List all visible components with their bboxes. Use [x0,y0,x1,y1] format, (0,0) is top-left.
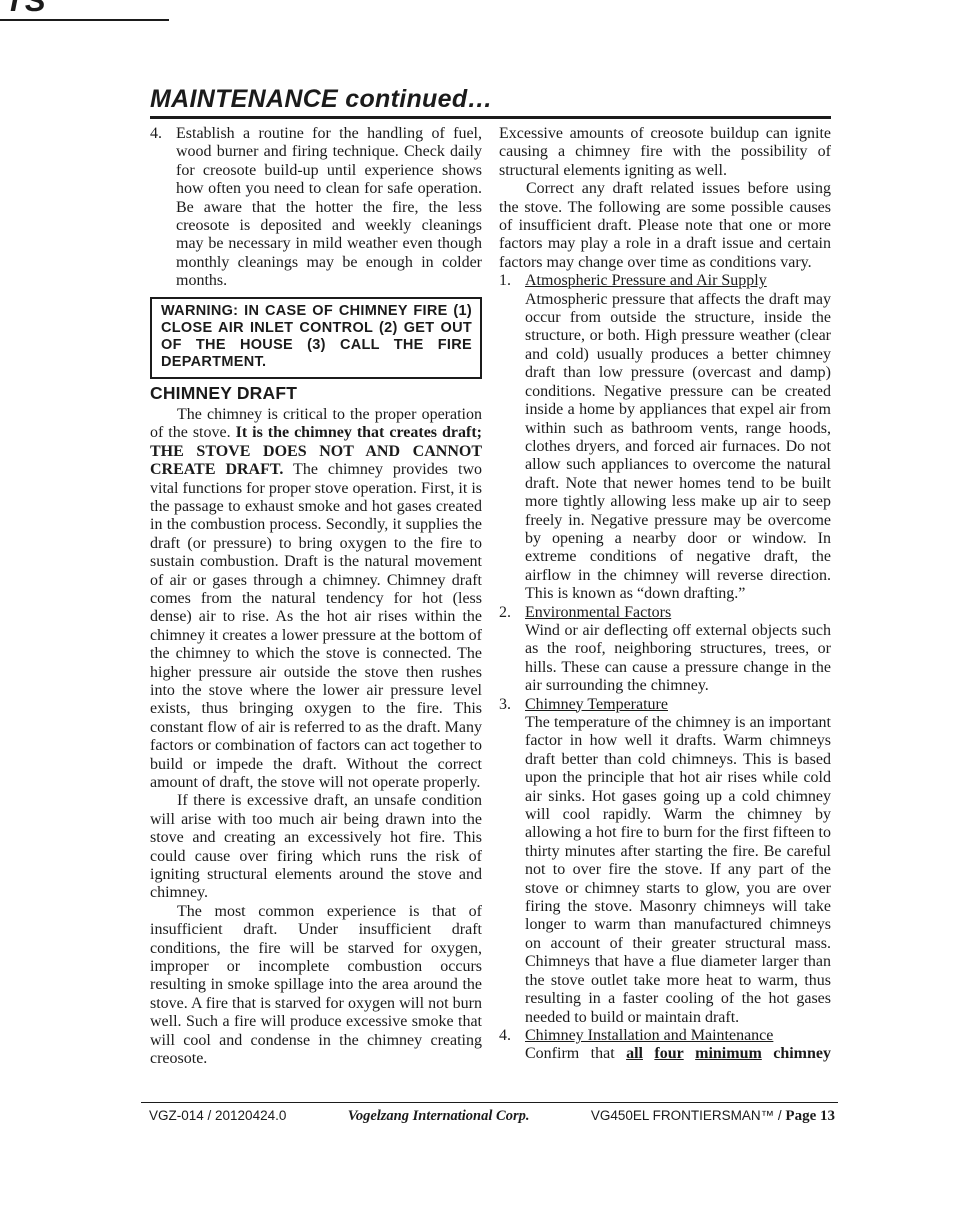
footer-page-number: Page 13 [785,1108,835,1124]
emphasized-word: minimum [695,1045,762,1062]
list-item-text: Atmospheric pressure that affects the dr… [525,291,831,604]
list-number: 2. [499,604,511,622]
list-number: 1. [499,272,511,290]
emphasized-word: four [654,1045,683,1062]
manual-page: TS MAINTENANCE continued… 4. Establish a… [0,0,954,1206]
paragraph-text: Confirm that [525,1045,626,1062]
title-rule [150,116,831,119]
footer-model: VG450EL FRONTIERSMAN™ / [591,1108,786,1123]
footer-model-page: VG450EL FRONTIERSMAN™ / Page 13 [591,1108,835,1125]
footer-doc-number: VGZ-014 / 20120424.0 [149,1108,286,1123]
warning-box: WARNING: IN CASE OF CHIMNEY FIRE (1) CLO… [150,297,482,380]
list-item-text: The temperature of the chimney is an imp… [525,714,831,1027]
list-item-4-chimney-installation: 4. Chimney Installation and Maintenance … [499,1027,831,1064]
list-item-2-environmental-factors: 2. Environmental Factors Wind or air def… [499,604,831,696]
section-heading-chimney-draft: CHIMNEY DRAFT [150,384,482,402]
paragraph-insufficient-draft: The most common experience is that of in… [150,903,482,1069]
paragraph-creosote-buildup: Excessive amounts of creosote buildup ca… [499,125,831,180]
list-number: 3. [499,696,511,714]
list-item-text: Wind or air deflecting off external obje… [525,622,831,696]
page-content: MAINTENANCE continued… 4. Establish a ro… [150,85,831,1069]
paragraph-chimney-function: The chimney is critical to the proper op… [150,406,482,793]
corner-rule [0,19,169,21]
list-item-1-atmospheric-pressure: 1. Atmospheric Pressure and Air Supply A… [499,272,831,603]
footer-company-name: Vogelzang International Corp. [348,1108,530,1125]
list-number: 4. [499,1027,511,1045]
right-column: Excessive amounts of creosote buildup ca… [499,125,831,1069]
two-column-layout: 4. Establish a routine for the handling … [150,125,831,1069]
paragraph-correct-draft-issues: Correct any draft related issues before … [499,180,831,272]
paragraph-text: The chimney provides two vital functions… [150,461,482,791]
page-footer: VGZ-014 / 20120424.0 Vogelzang Internati… [141,1102,838,1125]
page-title: MAINTENANCE continued… [150,85,831,113]
left-column: 4. Establish a routine for the handling … [150,125,482,1069]
list-item-heading: Chimney Temperature [525,696,831,714]
list-item-3-chimney-temperature: 3. Chimney Temperature The temperature o… [499,696,831,1027]
paragraph-bold-text: chimney [773,1045,831,1062]
clipped-running-header: TS [5,0,47,19]
list-item-text: Confirm that all four minimum chimney [525,1045,831,1063]
footer-row: VGZ-014 / 20120424.0 Vogelzang Internati… [141,1103,838,1125]
emphasized-word: all [626,1045,643,1062]
warning-text: WARNING: IN CASE OF CHIMNEY FIRE (1) CLO… [161,303,472,372]
list-item-4-fuel-routine: 4. Establish a routine for the handling … [150,125,482,291]
list-item-heading: Chimney Installation and Maintenance [525,1027,831,1045]
list-item-heading: Environmental Factors [525,604,831,622]
list-number: 4. [150,125,162,143]
paragraph-excessive-draft: If there is excessive draft, an unsafe c… [150,792,482,902]
list-item-text: Establish a routine for the handling of … [176,125,482,291]
list-item-heading: Atmospheric Pressure and Air Supply [525,272,831,290]
